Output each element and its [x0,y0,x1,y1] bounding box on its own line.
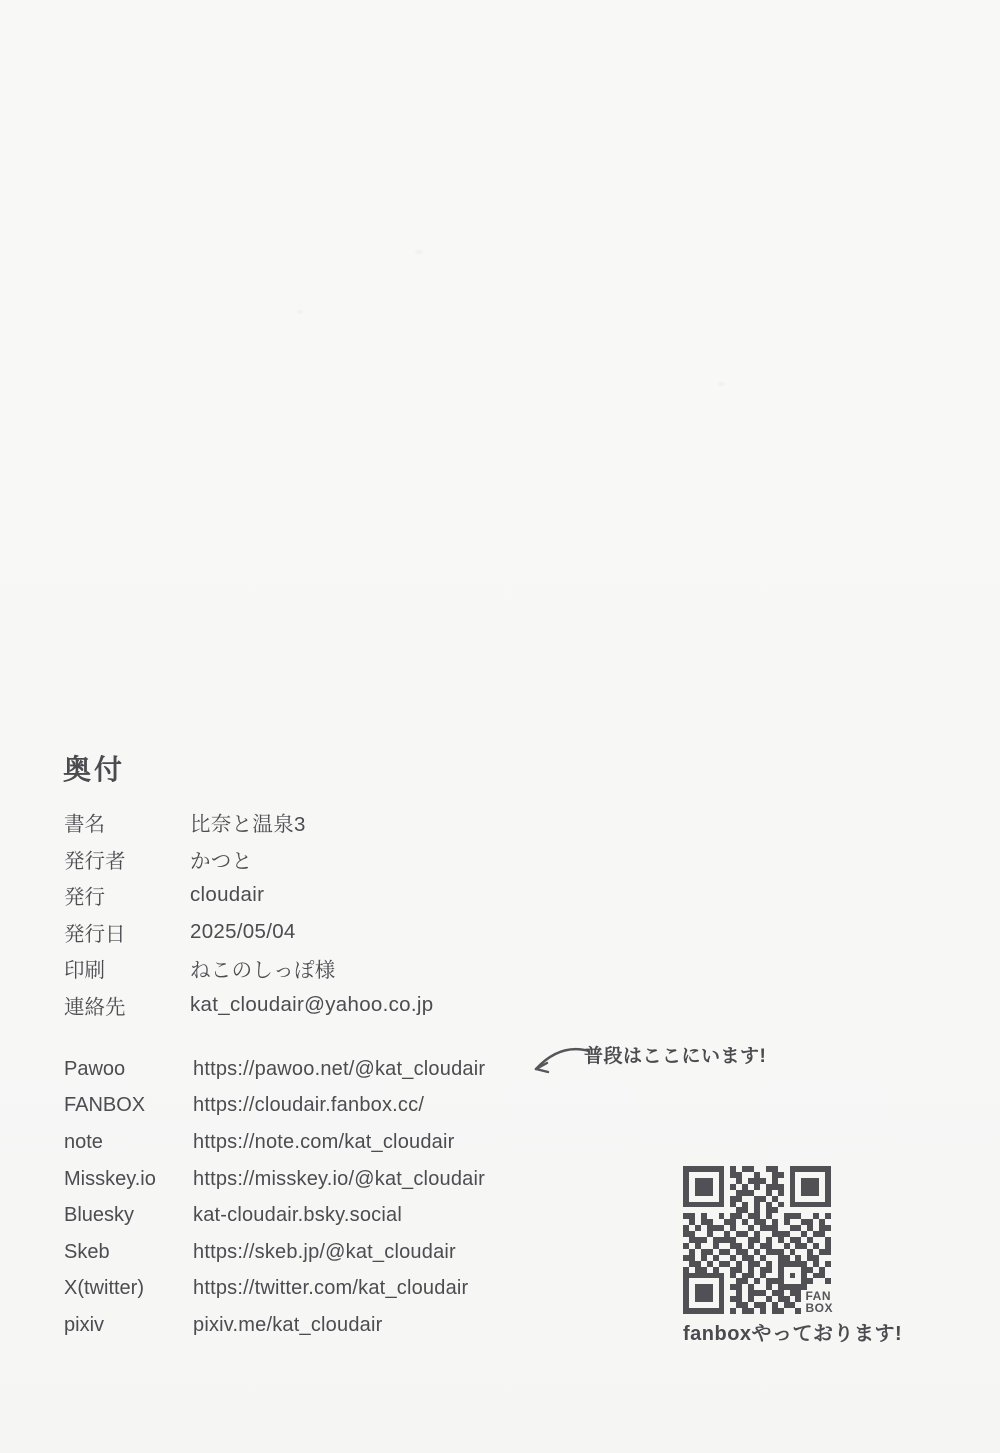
colophon-label: 連絡先 [64,990,190,1020]
links-table: Pawoo https://pawoo.net/@kat_cloudair FA… [64,1051,684,1344]
colophon-value: かつと [190,844,252,874]
colophon-row: 書名 比奈と温泉3 [64,804,624,841]
qr-code: FAN BOX [683,1166,831,1314]
link-service-label: Skeb [64,1241,193,1264]
colophon-label: 発行 [64,880,190,910]
colophon-label: 発行日 [64,917,190,947]
link-row: Skeb https://skeb.jp/@kat_cloudair [64,1234,684,1271]
colophon-value: 比奈と温泉3 [190,807,306,837]
colophon-value: kat_cloudair@yahoo.co.jp [190,993,433,1017]
colophon-label: 印刷 [64,953,190,983]
link-row: Misskey.io https://misskey.io/@kat_cloud… [64,1161,684,1198]
hand-drawn-arrow-icon [528,1044,592,1080]
link-service-label: Pawoo [64,1058,193,1081]
scan-smudge [415,250,423,254]
page-title: 奥付 [63,748,125,788]
colophon-row: 連絡先 kat_cloudair@yahoo.co.jp [64,987,624,1024]
qr-caption: fanboxやっております! [683,1317,902,1346]
colophon-table: 書名 比奈と温泉3 発行者 かつと 発行 cloudair 発行日 2025/0… [64,804,624,1023]
scan-smudge [718,382,725,386]
link-service-label: note [64,1131,193,1154]
link-row: X(twitter) https://twitter.com/kat_cloud… [64,1271,684,1308]
link-url: pixiv.me/kat_cloudair [193,1314,382,1337]
link-service-label: Misskey.io [64,1168,193,1191]
colophon-value: 2025/05/04 [190,920,296,944]
fanbox-logo: FAN BOX [805,1291,833,1314]
link-url: https://misskey.io/@kat_cloudair [193,1168,485,1191]
link-url: https://note.com/kat_cloudair [193,1131,455,1154]
colophon-value: cloudair [190,883,264,907]
link-url: https://cloudair.fanbox.cc/ [193,1094,424,1117]
link-service-label: pixiv [64,1314,193,1337]
link-row: FANBOX https://cloudair.fanbox.cc/ [64,1088,684,1125]
link-service-label: X(twitter) [64,1277,193,1300]
colophon-value: ねこのしっぽ様 [190,953,336,983]
link-url: kat-cloudair.bsky.social [193,1204,402,1227]
link-service-label: Bluesky [64,1204,193,1227]
colophon-row: 発行者 かつと [64,841,624,878]
link-service-label: FANBOX [64,1094,193,1117]
fanbox-logo-line2: BOX [805,1303,833,1315]
link-row: note https://note.com/kat_cloudair [64,1124,684,1161]
link-row: Bluesky kat-cloudair.bsky.social [64,1197,684,1234]
link-url: https://skeb.jp/@kat_cloudair [193,1241,456,1264]
colophon-row: 印刷 ねこのしっぽ様 [64,950,624,987]
colophon-label: 発行者 [64,844,190,874]
colophon-label: 書名 [64,807,190,837]
link-row: pixiv pixiv.me/kat_cloudair [64,1307,684,1344]
link-url: https://pawoo.net/@kat_cloudair [193,1058,485,1081]
colophon-row: 発行日 2025/05/04 [64,914,624,951]
annotation-note: 普段はここにいます! [584,1041,766,1068]
link-url: https://twitter.com/kat_cloudair [193,1277,468,1300]
scan-smudge [297,310,303,314]
colophon-row: 発行 cloudair [64,877,624,914]
